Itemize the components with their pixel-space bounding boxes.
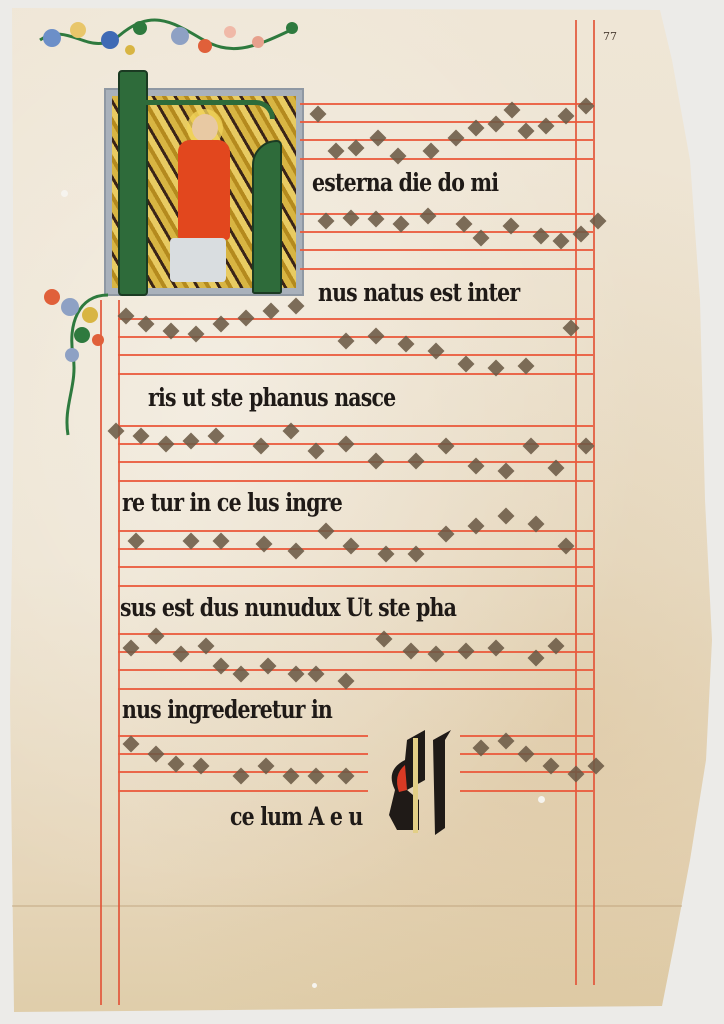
saint-red-dalmatic <box>178 140 230 240</box>
staff-2 <box>300 213 593 269</box>
chant-text-line-6: nus ingrederetur in <box>122 695 332 724</box>
chant-text-line-7: ce lum A e u <box>230 802 362 831</box>
initial-h-arch <box>140 100 275 119</box>
initial-h-right-bowl <box>252 140 282 294</box>
staff-7-left <box>118 735 368 791</box>
fold-crease <box>12 905 682 907</box>
chant-text-line-4: re tur in ce lus ingre <box>122 488 342 517</box>
foliate-border-left <box>38 285 118 445</box>
right-margin-rule-inner <box>575 20 577 985</box>
foliate-border-top <box>30 10 305 70</box>
parchment-hole <box>61 190 68 197</box>
manuscript-leaf: 77 <box>0 0 724 1024</box>
parchment-hole <box>312 983 317 988</box>
secondary-initial-a <box>385 720 455 840</box>
chant-text-line-5: sus est dus nunudux Ut ste pha <box>120 593 456 622</box>
chant-text-line-2: nus natus est inter <box>318 278 519 307</box>
chant-text-line-1: esterna die do mi <box>312 168 498 197</box>
parchment-hole <box>538 796 545 803</box>
chant-text-line-3: ris ut ste phanus nasce <box>148 383 395 412</box>
right-margin-rule-outer <box>593 20 595 985</box>
saint-white-alb <box>170 238 226 282</box>
folio-number: 77 <box>603 30 617 43</box>
staff-6 <box>118 633 593 689</box>
